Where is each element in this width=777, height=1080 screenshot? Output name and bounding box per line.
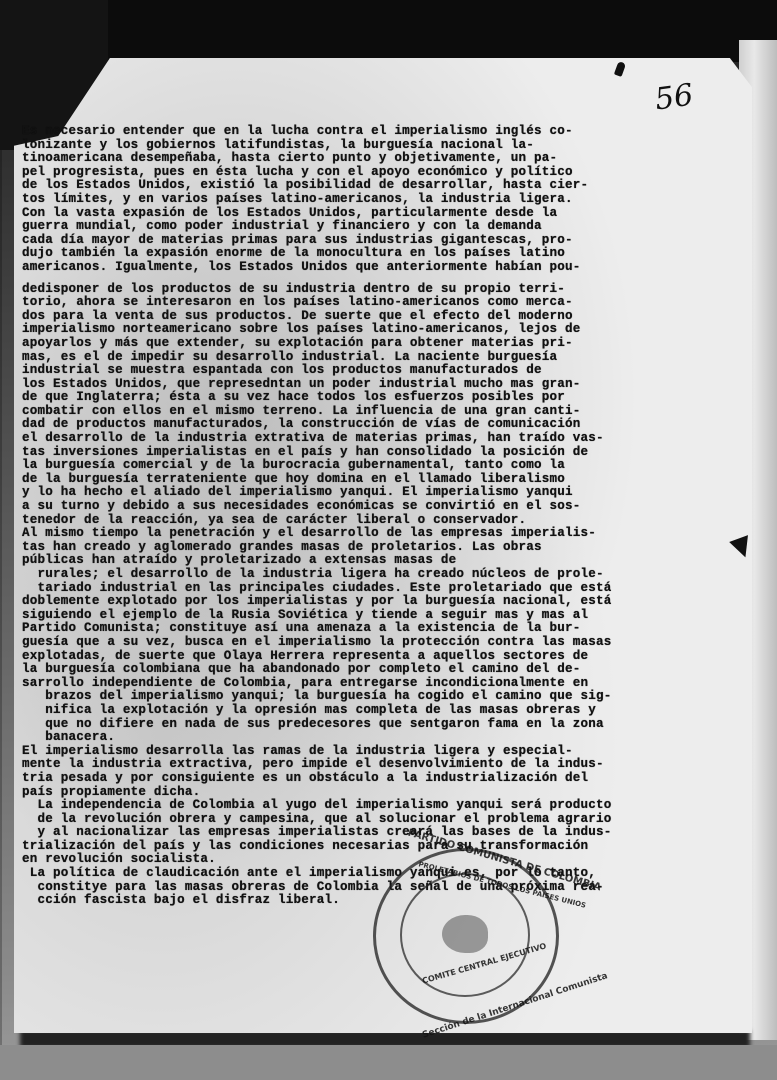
scan-bottom-area bbox=[0, 1045, 777, 1080]
text-line: de que Inglaterra; ésta a su vez hace to… bbox=[22, 391, 672, 405]
text-line: tria pesada y por consiguiente es un obs… bbox=[22, 772, 672, 786]
text-line: pel progresista, pues en ésta lucha y co… bbox=[22, 166, 672, 180]
text-line: Es necesario entender que en la lucha co… bbox=[22, 125, 672, 139]
handwritten-page-number: 56 bbox=[653, 78, 696, 118]
text-line: y lo ha hecho el aliado del imperialismo… bbox=[22, 486, 672, 500]
text-line: dad de productos manufacturados, la cons… bbox=[22, 418, 672, 432]
text-line: el desarrollo de la industria extrativa … bbox=[22, 432, 672, 446]
text-line: La independencia de Colombia al yugo del… bbox=[22, 799, 672, 813]
text-line: doblemente explotado por los imperialist… bbox=[22, 595, 672, 609]
text-line: y al nacionalizar las empresas imperiali… bbox=[22, 826, 672, 840]
text-line: mente la industria extractiva, pero impi… bbox=[22, 758, 672, 772]
scan-top-shadow bbox=[0, 0, 777, 62]
text-line: nifica la explotación y la opresión mas … bbox=[22, 704, 672, 718]
text-line: guerra mundial, como poder industrial y … bbox=[22, 220, 672, 234]
text-line: Partido Comunista; constituye así una am… bbox=[22, 622, 672, 636]
text-line: de los Estados Unidos, existió la posibi… bbox=[22, 179, 672, 193]
text-line: país propiamente dicha. bbox=[22, 786, 672, 800]
text-line: imperialismo norteamericano sobre los pa… bbox=[22, 323, 672, 337]
text-line: tas inversiones imperialistas en el país… bbox=[22, 446, 672, 460]
text-line: lonizante y los gobiernos latifundistas,… bbox=[22, 139, 672, 153]
text-line: apoyarlos y más que extender, su explota… bbox=[22, 337, 672, 351]
text-line: tas han creado y aglomerado grandes masa… bbox=[22, 541, 672, 555]
text-line: tos límites, y en varios países latino-a… bbox=[22, 193, 672, 207]
text-line: trialización del país y las condiciones … bbox=[22, 840, 672, 854]
text-line: tariado industrial en las principales ci… bbox=[22, 582, 672, 596]
text-line: americanos. Igualmente, los Estados Unid… bbox=[22, 261, 672, 275]
document-body: Es necesario entender que en la lucha co… bbox=[22, 125, 672, 908]
text-line: banacera. bbox=[22, 731, 672, 745]
text-line: a su turno y debido a sus necesidades ec… bbox=[22, 500, 672, 514]
text-line: tenedor de la reacción, ya sea de caráct… bbox=[22, 514, 672, 528]
text-line: de la revolución obrera y campesina, que… bbox=[22, 813, 672, 827]
text-line: que no difiere en nada de sus predecesor… bbox=[22, 718, 672, 732]
text-line: El imperialismo desarrolla las ramas de … bbox=[22, 745, 672, 759]
text-line: explotadas, de suerte que Olaya Herrera … bbox=[22, 650, 672, 664]
text-line: la burguesía comercial y de la burocraci… bbox=[22, 459, 672, 473]
text-line: siguiendo el ejemplo de la Rusia Soviéti… bbox=[22, 609, 672, 623]
text-line: Con la vasta expasión de los Estados Uni… bbox=[22, 207, 672, 221]
text-line: públicas han atraído y proletarizado a e… bbox=[22, 554, 672, 568]
text-line: los Estados Unidos, que represedntan un … bbox=[22, 378, 672, 392]
text-line: tinoamericana desempeñaba, hasta cierto … bbox=[22, 152, 672, 166]
text-line: la burguesía colombiana que ha abandonad… bbox=[22, 663, 672, 677]
text-line: sarrollo independiente de Colombia, para… bbox=[22, 677, 672, 691]
text-line: dujo también la expasión enorme de la mo… bbox=[22, 247, 672, 261]
text-line: brazos del imperialismo yanqui; la burgu… bbox=[22, 690, 672, 704]
text-line: guesía que a su vez, busca en el imperia… bbox=[22, 636, 672, 650]
party-seal-stamp: PARTIDO COMUNISTA DE COLOMBIA PROLETARIO… bbox=[373, 848, 559, 1024]
text-line: rurales; el desarrollo de la industria l… bbox=[22, 568, 672, 582]
text-line: torio, ahora se interesaron en los paíse… bbox=[22, 296, 672, 310]
stamp-emblem-icon bbox=[442, 915, 488, 953]
text-line: cada día mayor de materias primas para s… bbox=[22, 234, 672, 248]
text-line: combatir con ellos en el mismo terreno. … bbox=[22, 405, 672, 419]
text-line: de la burguesía terrateniente que hoy do… bbox=[22, 473, 672, 487]
text-line: industrial se muestra espantada con los … bbox=[22, 364, 672, 378]
text-line: dedisponer de los productos de su indust… bbox=[22, 283, 672, 297]
text-line: Al mismo tiempo la penetración y el desa… bbox=[22, 527, 672, 541]
text-line: en revolución socialista. bbox=[22, 853, 672, 867]
text-line: dos para la venta de sus productos. De s… bbox=[22, 310, 672, 324]
text-line: mas, es el de impedir su desarrollo indu… bbox=[22, 351, 672, 365]
